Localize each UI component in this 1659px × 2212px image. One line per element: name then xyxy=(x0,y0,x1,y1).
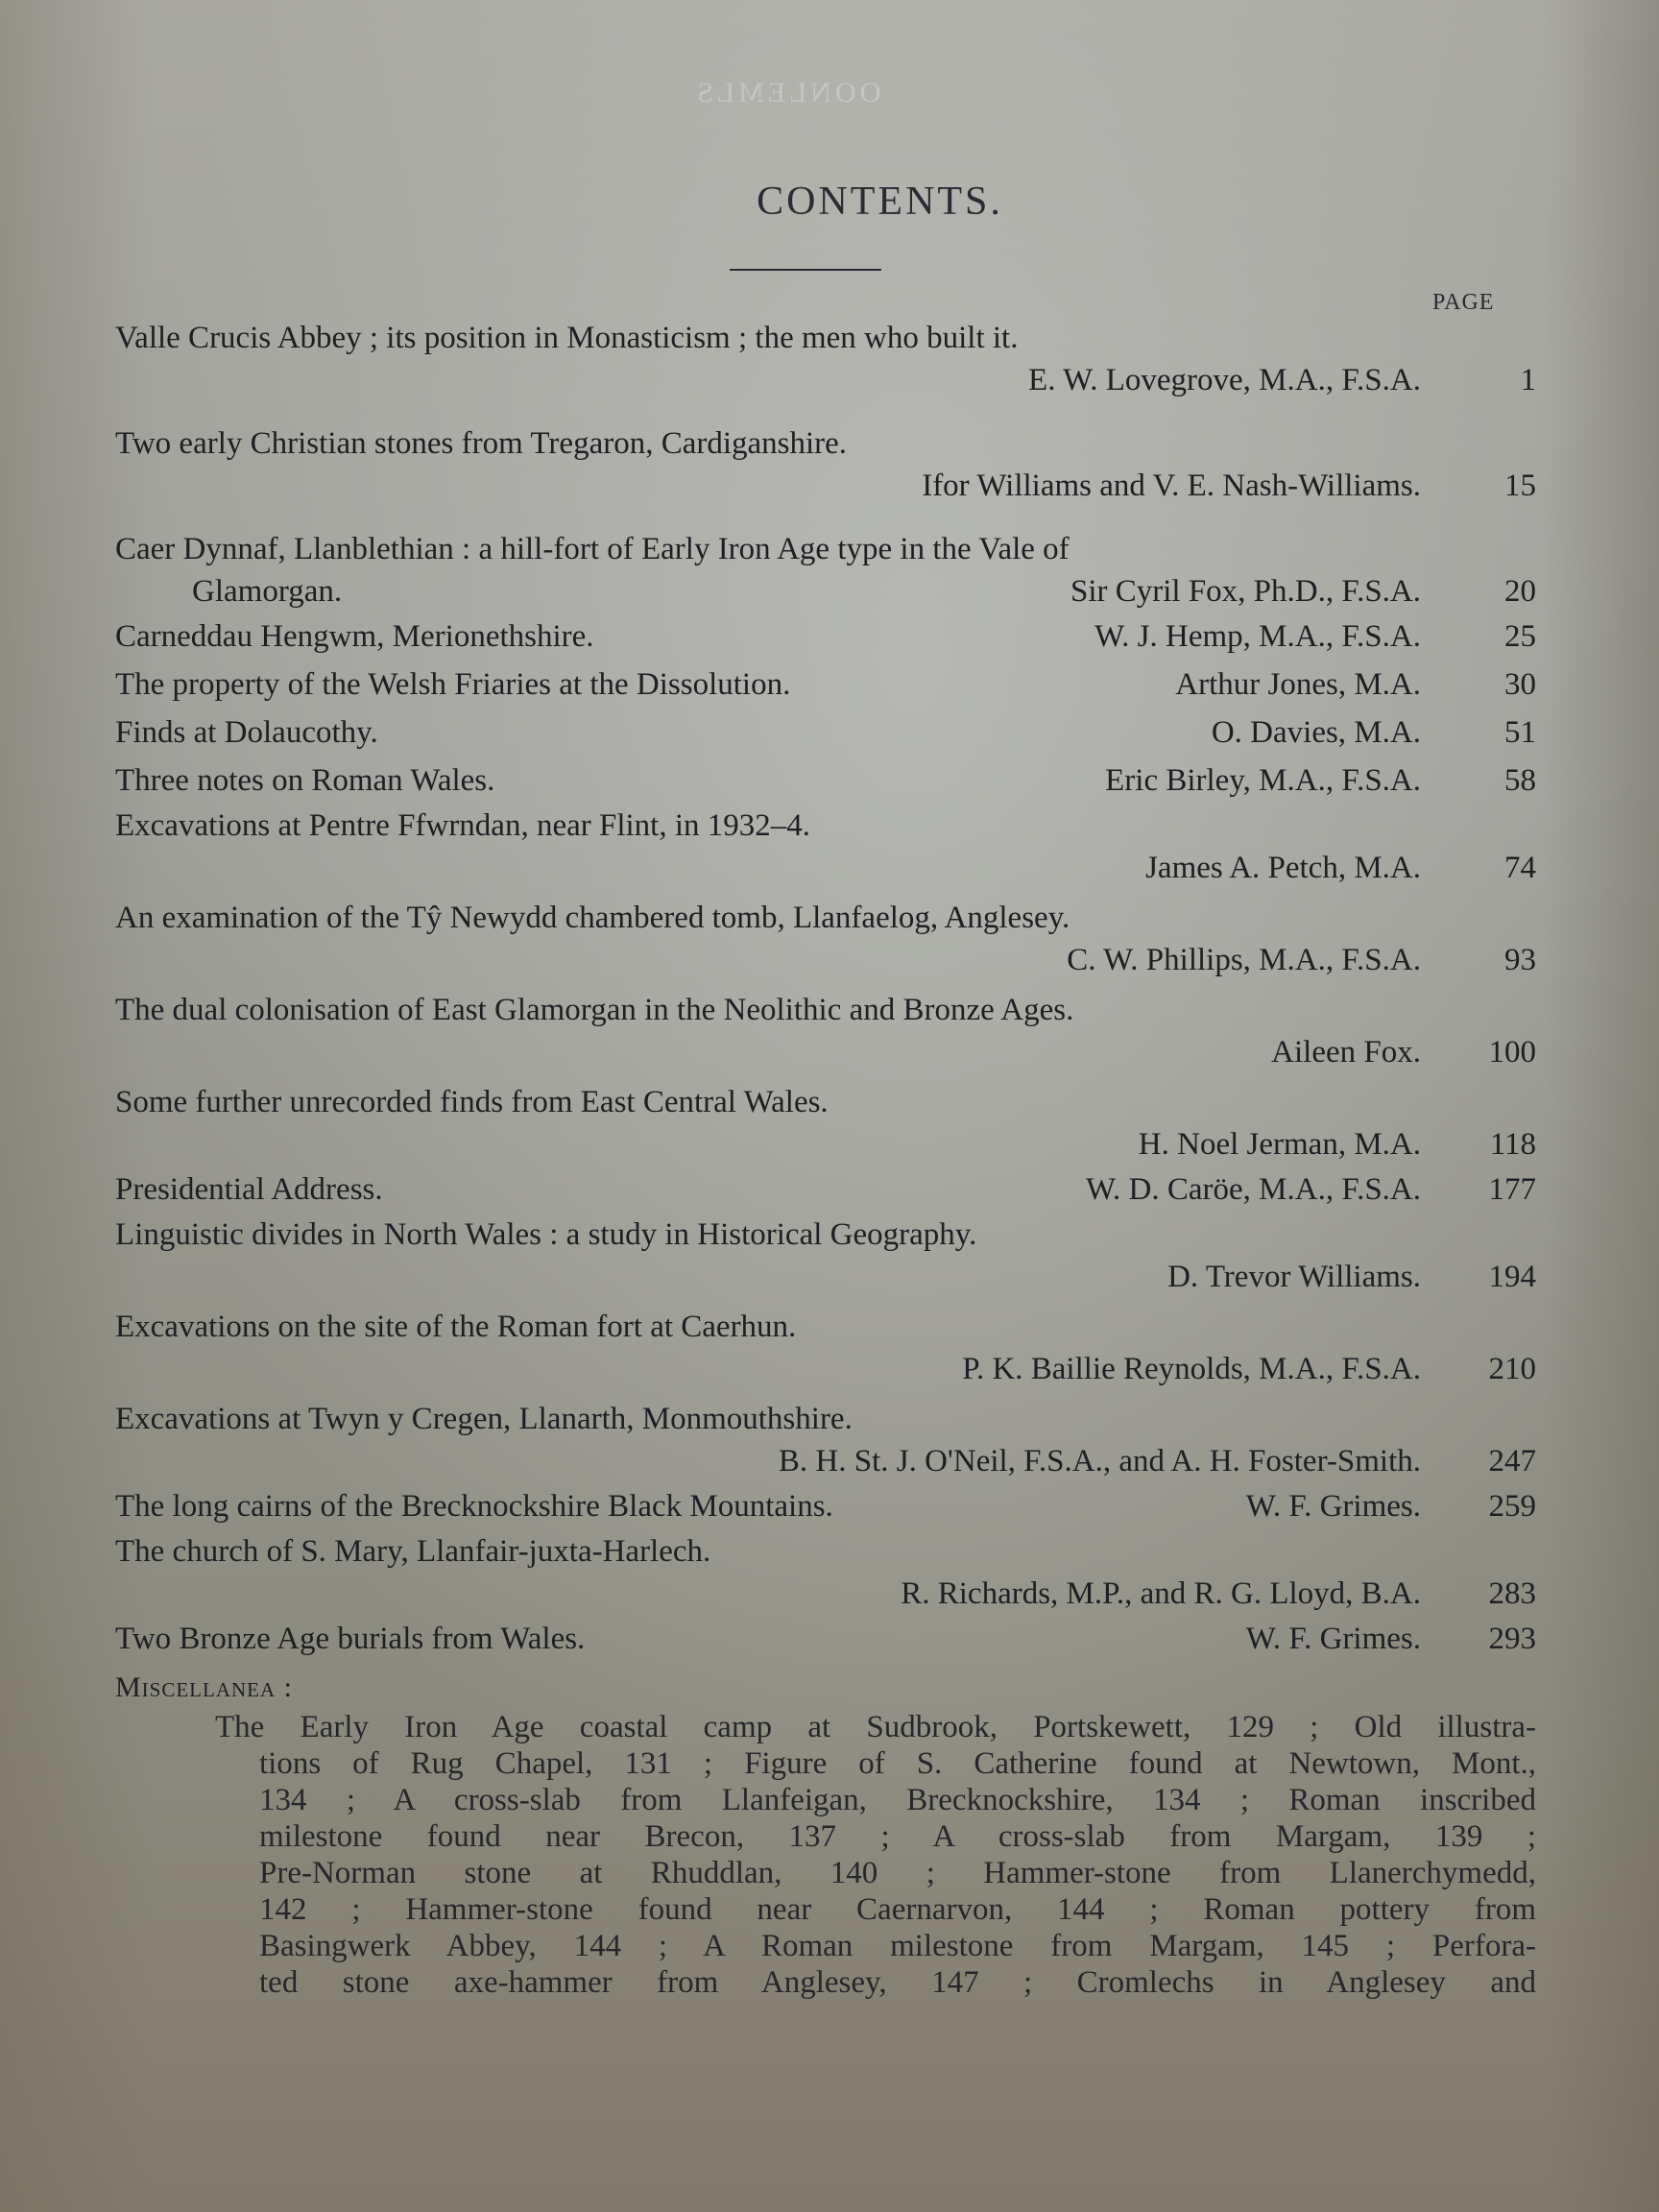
show-through-stamp: OONLEMLS xyxy=(693,77,880,109)
entry-author: Eric Birley, M.A., F.S.A. xyxy=(1105,757,1421,805)
page-title: CONTENTS. xyxy=(0,179,1659,225)
toc-entry: Excavations at Pentre Ffwrndan, near Fli… xyxy=(115,805,1536,889)
entry-page: 30 xyxy=(1421,661,1536,709)
entry-author: D. Trevor Williams. xyxy=(1167,1256,1421,1298)
entry-title: Two early Christian stones from Tregaron… xyxy=(115,422,1536,465)
miscellanea-list: The Early Iron Age coastal camp at Sudbr… xyxy=(115,1709,1536,2001)
toc-entry: Caer Dynnaf, Llanblethian : a hill-fort … xyxy=(115,528,1536,613)
entry-page: 15 xyxy=(1421,465,1536,507)
toc-entry: Linguistic divides in North Wales : a st… xyxy=(115,1214,1536,1298)
toc-entry: Two early Christian stones from Tregaron… xyxy=(115,422,1536,507)
entry-title: The long cairns of the Brecknockshire Bl… xyxy=(115,1482,833,1530)
entry-title: Three notes on Roman Wales. xyxy=(115,757,494,805)
entry-author: Ifor Williams and V. E. Nash-Williams. xyxy=(922,465,1421,507)
entry-title: The property of the Welsh Friaries at th… xyxy=(115,661,790,709)
toc-entry: Some further unrecorded finds from East … xyxy=(115,1081,1536,1166)
entry-page: 259 xyxy=(1421,1482,1536,1530)
miscellanea-line: milestone found near Brecon, 137 ; A cro… xyxy=(259,1818,1536,1855)
entry-title: Excavations at Pentre Ffwrndan, near Fli… xyxy=(115,805,1536,847)
entry-author: W. J. Hemp, M.A., F.S.A. xyxy=(1094,613,1421,661)
toc-entry: Carneddau Hengwm, Merionethshire. W. J. … xyxy=(115,613,1536,661)
toc-entry: The long cairns of the Brecknockshire Bl… xyxy=(115,1482,1536,1530)
toc-entry: Two Bronze Age burials from Wales. W. F.… xyxy=(115,1615,1536,1663)
entry-author: O. Davies, M.A. xyxy=(1212,709,1421,757)
entry-title: Excavations on the site of the Roman for… xyxy=(115,1306,1536,1348)
entry-author: Sir Cyril Fox, Ph.D., F.S.A. xyxy=(1070,570,1421,613)
toc-entry: An examination of the Tŷ Newydd chambere… xyxy=(115,897,1536,981)
entry-page: 283 xyxy=(1421,1573,1536,1615)
miscellanea-line: Pre-Norman stone at Rhuddlan, 140 ; Hamm… xyxy=(259,1855,1536,1891)
entry-author: E. W. Lovegrove, M.A., F.S.A. xyxy=(1028,359,1421,401)
title-rule xyxy=(730,269,881,271)
toc-entry: The dual colonisation of East Glamorgan … xyxy=(115,989,1536,1073)
page-shadow-right xyxy=(1544,0,1659,2212)
entry-author: H. Noel Jerman, M.A. xyxy=(1139,1123,1421,1166)
entry-page: 20 xyxy=(1421,570,1536,613)
toc-entry: Excavations on the site of the Roman for… xyxy=(115,1306,1536,1390)
entry-author: R. Richards, M.P., and R. G. Lloyd, B.A. xyxy=(901,1573,1421,1615)
toc-entry: Finds at Dolaucothy. O. Davies, M.A. 51 xyxy=(115,709,1536,757)
entry-author: C. W. Phillips, M.A., F.S.A. xyxy=(1067,939,1421,981)
entry-page: 93 xyxy=(1421,939,1536,981)
entry-title: Some further unrecorded finds from East … xyxy=(115,1081,1536,1123)
miscellanea-line: The Early Iron Age coastal camp at Sudbr… xyxy=(215,1709,1536,1745)
miscellanea-line: ted stone axe-hammer from Anglesey, 147 … xyxy=(259,1964,1536,2001)
entry-page: 58 xyxy=(1421,757,1536,805)
entry-title: Carneddau Hengwm, Merionethshire. xyxy=(115,613,594,661)
entry-author: P. K. Baillie Reynolds, M.A., F.S.A. xyxy=(962,1348,1421,1390)
toc-entry: The property of the Welsh Friaries at th… xyxy=(115,661,1536,709)
entry-author: W. F. Grimes. xyxy=(1246,1482,1421,1530)
table-of-contents: Valle Crucis Abbey ; its position in Mon… xyxy=(115,317,1536,2001)
entry-page: 293 xyxy=(1421,1615,1536,1663)
entry-page: 74 xyxy=(1421,847,1536,889)
entry-page: 177 xyxy=(1421,1166,1536,1214)
entry-title: Linguistic divides in North Wales : a st… xyxy=(115,1214,1536,1256)
entry-page: 194 xyxy=(1421,1256,1536,1298)
entry-title: The church of S. Mary, Llanfair-juxta-Ha… xyxy=(115,1530,1536,1573)
entry-page: 25 xyxy=(1421,613,1536,661)
miscellanea-line: tions of Rug Chapel, 131 ; Figure of S. … xyxy=(259,1745,1536,1782)
entry-author: W. D. Caröe, M.A., F.S.A. xyxy=(1086,1166,1421,1214)
entry-title: Finds at Dolaucothy. xyxy=(115,709,378,757)
entry-page: 51 xyxy=(1421,709,1536,757)
entry-title-continuation: Glamorgan. xyxy=(115,570,342,613)
entry-title: Presidential Address. xyxy=(115,1166,383,1214)
toc-entry: Three notes on Roman Wales. Eric Birley,… xyxy=(115,757,1536,805)
toc-entry: Excavations at Twyn y Cregen, Llanarth, … xyxy=(115,1398,1536,1482)
entry-page: 210 xyxy=(1421,1348,1536,1390)
entry-title: The dual colonisation of East Glamorgan … xyxy=(115,989,1536,1031)
entry-title: Valle Crucis Abbey ; its position in Mon… xyxy=(115,317,1536,359)
entry-author: B. H. St. J. O'Neil, F.S.A., and A. H. F… xyxy=(779,1440,1421,1482)
miscellanea-heading: Miscellanea : xyxy=(115,1667,1536,1709)
entry-title: Caer Dynnaf, Llanblethian : a hill-fort … xyxy=(115,528,1536,570)
entry-author: James A. Petch, M.A. xyxy=(1145,847,1421,889)
entry-author: W. F. Grimes. xyxy=(1246,1615,1421,1663)
entry-author: Aileen Fox. xyxy=(1271,1031,1421,1073)
entry-title: An examination of the Tŷ Newydd chambere… xyxy=(115,897,1536,939)
page-column-label: PAGE xyxy=(1432,290,1494,316)
miscellanea-line: Basingwerk Abbey, 144 ; A Roman mileston… xyxy=(259,1928,1536,1964)
toc-entry: Presidential Address. W. D. Caröe, M.A.,… xyxy=(115,1166,1536,1214)
entry-title: Two Bronze Age burials from Wales. xyxy=(115,1615,585,1663)
miscellanea-line: 134 ; A cross-slab from Llanfeigan, Brec… xyxy=(259,1782,1536,1818)
entry-page: 118 xyxy=(1421,1123,1536,1166)
entry-page: 100 xyxy=(1421,1031,1536,1073)
toc-entry: The church of S. Mary, Llanfair-juxta-Ha… xyxy=(115,1530,1536,1615)
miscellanea-line: 142 ; Hammer-stone found near Caernarvon… xyxy=(259,1891,1536,1928)
toc-entry: Valle Crucis Abbey ; its position in Mon… xyxy=(115,317,1536,401)
entry-author: Arthur Jones, M.A. xyxy=(1175,661,1421,709)
entry-page: 1 xyxy=(1421,359,1536,401)
entry-page: 247 xyxy=(1421,1440,1536,1482)
entry-title: Excavations at Twyn y Cregen, Llanarth, … xyxy=(115,1398,1536,1440)
